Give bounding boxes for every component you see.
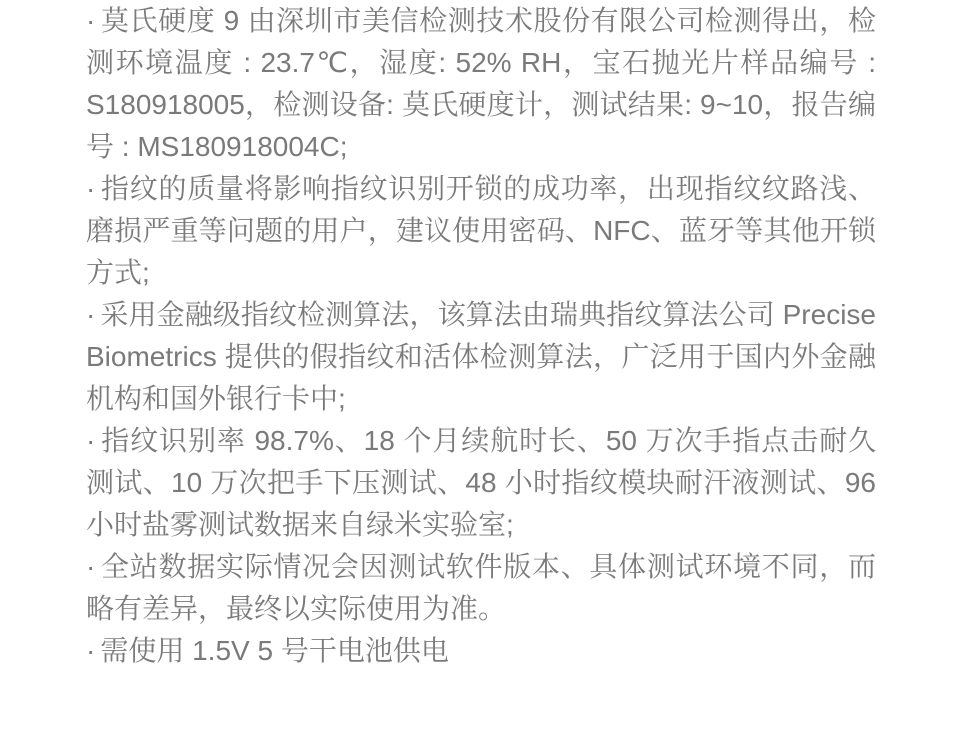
note-item: ·指纹识别率 98.7%、18 个月续航时长、50 万次手指点击耐久测试、10 … (86, 420, 876, 546)
note-item: ·需使用 1.5V 5 号干电池供电 (86, 630, 876, 672)
note-text: 指纹的质量将影响指纹识别开锁的成功率，出现指纹纹路浅、磨损严重等问题的用户，建议… (86, 173, 876, 288)
bullet-marker: · (86, 546, 95, 588)
note-item: ·莫氏硬度 9 由深圳市美信检测技术股份有限公司检测得出，检测环境温度 : 23… (86, 0, 876, 168)
note-text: 莫氏硬度 9 由深圳市美信检测技术股份有限公司检测得出，检测环境温度 : 23.… (86, 5, 876, 162)
note-item: ·指纹的质量将影响指纹识别开锁的成功率，出现指纹纹路浅、磨损严重等问题的用户，建… (86, 168, 876, 294)
note-text: 采用金融级指纹检测算法，该算法由瑞典指纹算法公司 Precise Biometr… (86, 299, 876, 414)
note-text: 全站数据实际情况会因测试软件版本、具体测试环境不同，而略有差异，最终以实际使用为… (86, 551, 876, 624)
product-notes-section: ·莫氏硬度 9 由深圳市美信检测技术股份有限公司检测得出，检测环境温度 : 23… (86, 0, 876, 672)
note-item: ·全站数据实际情况会因测试软件版本、具体测试环境不同，而略有差异，最终以实际使用… (86, 546, 876, 630)
bullet-marker: · (86, 168, 95, 210)
bullet-marker: · (86, 0, 95, 42)
bullet-marker: · (86, 420, 95, 462)
note-text: 指纹识别率 98.7%、18 个月续航时长、50 万次手指点击耐久测试、10 万… (86, 425, 876, 540)
bullet-marker: · (86, 294, 95, 336)
bullet-marker: · (86, 630, 95, 672)
note-item: ·采用金融级指纹检测算法，该算法由瑞典指纹算法公司 Precise Biomet… (86, 294, 876, 420)
note-text: 需使用 1.5V 5 号干电池供电 (100, 635, 449, 666)
